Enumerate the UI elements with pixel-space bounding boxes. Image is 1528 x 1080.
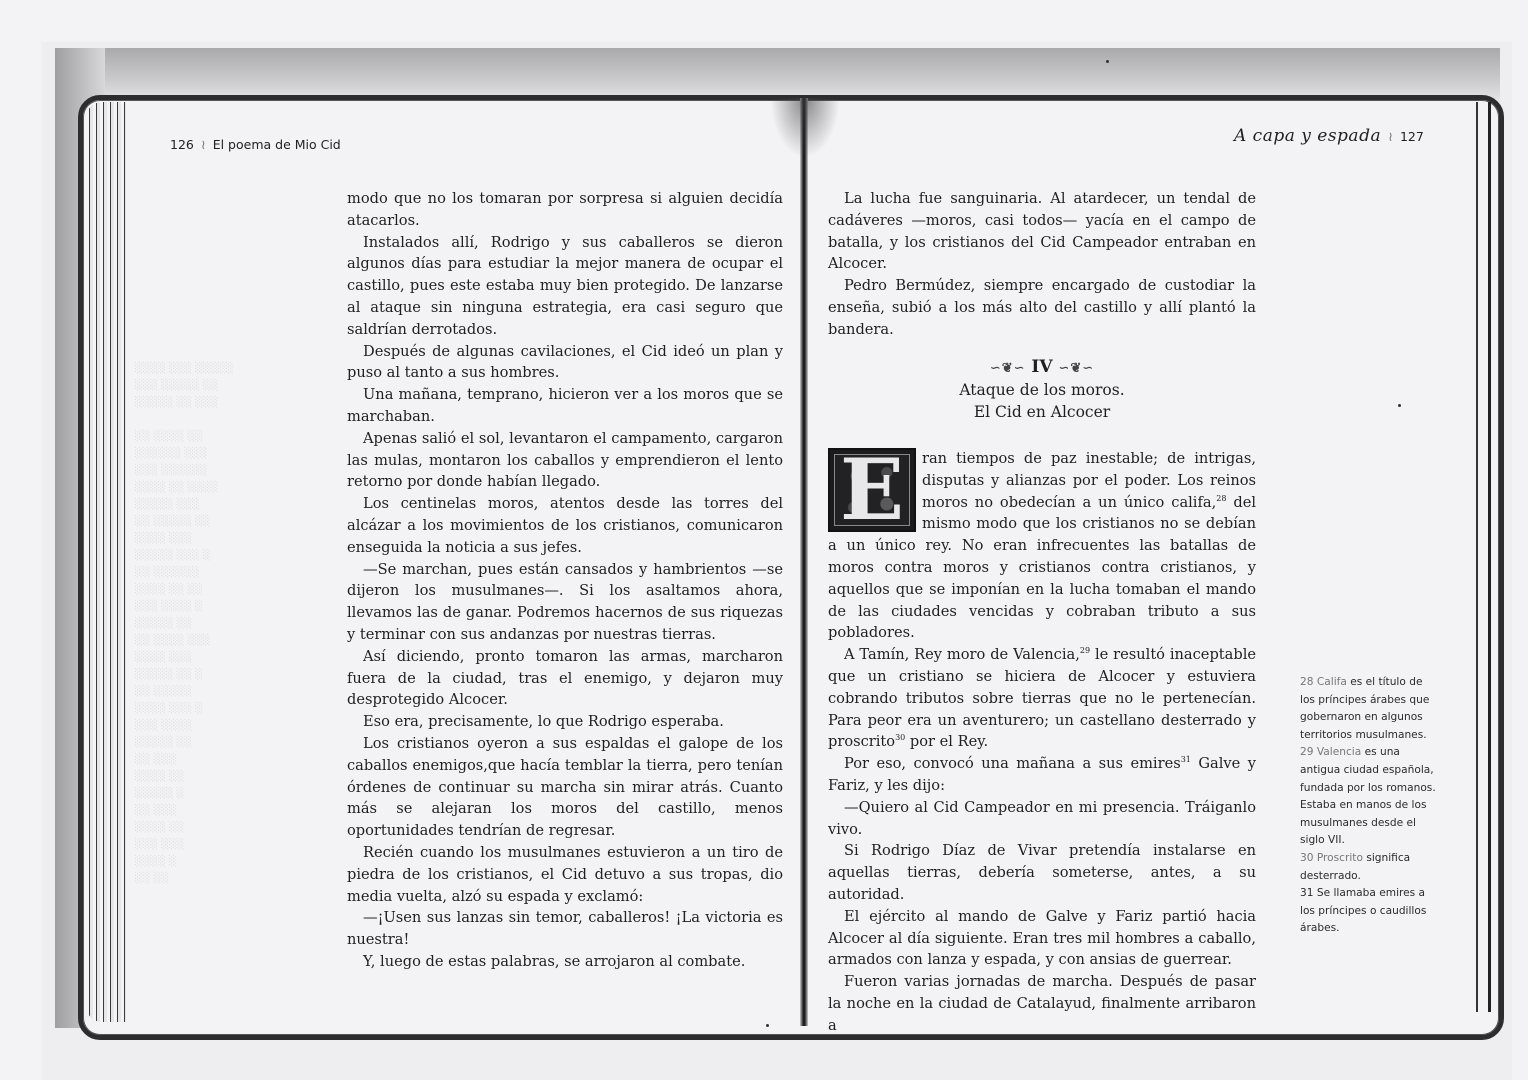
paragraph: Los cristianos oyeron a sus espaldas el … (347, 733, 783, 842)
footnote-text: Se llamaba emires a los príncipes o caud… (1300, 887, 1426, 934)
paragraph: Recién cuando los musulmanes estuvieron … (347, 842, 783, 907)
footnotes: 28 Califa es el título de los príncipes … (1300, 674, 1440, 938)
page-edges-right (1476, 102, 1491, 1012)
footnote-term: Proscrito (1317, 852, 1363, 864)
footnote-number: 30 (1300, 852, 1313, 864)
footnote-text: es una antigua ciudad española, fundada … (1300, 746, 1436, 846)
scan-speck (766, 1024, 769, 1027)
paragraph: El ejército al mando de Galve y Fariz pa… (828, 906, 1256, 971)
scan-speck (1106, 60, 1109, 63)
illuminated-drop-cap-icon: E (828, 448, 916, 532)
footnote-number: 29 (1300, 746, 1313, 758)
footnote-ref: 28 (1216, 494, 1226, 503)
text-run: Por eso, convocó una mañana a sus emires (844, 755, 1181, 772)
paragraph: —Quiero al Cid Campeador en mi presencia… (828, 797, 1256, 841)
chapter-number: IV (1031, 357, 1052, 377)
book-spine (800, 98, 808, 1026)
chapter-body: E ran tiempos de paz inestable; de intri… (828, 448, 1256, 1037)
paragraph: Instalados allí, Rodrigo y sus caballero… (347, 232, 783, 341)
paragraph: —Se marchan, pues están cansados y hambr… (347, 559, 783, 646)
paragraph: Así diciendo, pronto tomaron las armas, … (347, 646, 783, 711)
footnote-ref: 31 (1181, 755, 1191, 764)
chapter-title-line1: Ataque de los moros. (828, 380, 1256, 402)
paragraph: Después de algunas cavilaciones, el Cid … (347, 341, 783, 385)
text-run: ran tiempos de paz inestable; de intriga… (922, 450, 1256, 511)
drop-cap-letter: E (830, 442, 914, 538)
footnote: 28 Califa es el título de los príncipes … (1300, 674, 1440, 744)
footnote-number: 28 (1300, 676, 1313, 688)
paragraph: Pedro Bermúdez, siempre encargado de cus… (828, 275, 1256, 340)
right-running-head: A capa y espada ≀ 127 (1234, 126, 1424, 146)
right-page-number: 127 (1400, 129, 1424, 144)
paragraph: —¡Usen sus lanzas sin temor, caballeros!… (347, 907, 783, 951)
paragraph: Fueron varias jornadas de marcha. Despué… (828, 971, 1256, 1036)
paragraph: La lucha fue sanguinaria. Al atardecer, … (828, 188, 1256, 275)
ornament-right-icon: ∽❦∽ (1059, 361, 1095, 376)
text-run: por el Rey. (905, 733, 988, 750)
paragraph: Por eso, convocó una mañana a sus emires… (828, 753, 1256, 797)
footnote-term: Valencia (1317, 746, 1361, 758)
footnote: 30 Proscrito significa desterrado. (1300, 850, 1440, 885)
footnote-ref: 30 (895, 733, 905, 742)
spine-shadow (770, 98, 840, 158)
chapter-title-line2: El Cid en Alcocer (828, 402, 1256, 424)
ornament-left-icon: ∽❦∽ (990, 361, 1026, 376)
separator-glyph-icon: ≀ (201, 138, 206, 153)
paragraph: Eso era, precisamente, lo que Rodrigo es… (347, 711, 783, 733)
left-page-body: modo que no los tomaran por sorpresa si … (347, 188, 783, 973)
paragraph: Y, luego de estas palabras, se arrojaron… (347, 951, 783, 973)
text-run: A Tamín, Rey moro de Valencia, (844, 646, 1080, 663)
paragraph: Si Rodrigo Díaz de Vivar pretendía insta… (828, 840, 1256, 905)
separator-glyph-icon: ≀ (1388, 130, 1393, 145)
footnote-term: Califa (1317, 676, 1347, 688)
open-book (78, 95, 1504, 1040)
footnote: 29 Valencia es una antigua ciudad españo… (1300, 744, 1440, 850)
page-edges-left (86, 102, 126, 1022)
paragraph: modo que no los tomaran por sorpresa si … (347, 188, 783, 232)
book-title: El poema de Mio Cid (213, 137, 341, 152)
footnote: 31 Se llamaba emires a los príncipes o c… (1300, 885, 1440, 938)
paragraph: Los centinelas moros, atentos desde las … (347, 493, 783, 558)
paragraph: A Tamín, Rey moro de Valencia,29 le resu… (828, 644, 1256, 753)
left-running-head: 126 ≀ El poema de Mio Cid (170, 137, 341, 153)
chapter-heading: ∽❦∽ IV ∽❦∽ Ataque de los moros. El Cid e… (828, 356, 1256, 423)
section-title: A capa y espada (1234, 126, 1381, 146)
right-page-body-top: La lucha fue sanguinaria. Al atardecer, … (828, 188, 1256, 341)
paragraph: Una mañana, temprano, hicieron ver a los… (347, 384, 783, 428)
paragraph: Apenas salió el sol, levantaron el campa… (347, 428, 783, 493)
scan-speck (1398, 404, 1401, 407)
footnote-ref: 29 (1080, 646, 1090, 655)
footnote-number: 31 (1300, 887, 1313, 899)
left-page-number: 126 (170, 137, 194, 152)
